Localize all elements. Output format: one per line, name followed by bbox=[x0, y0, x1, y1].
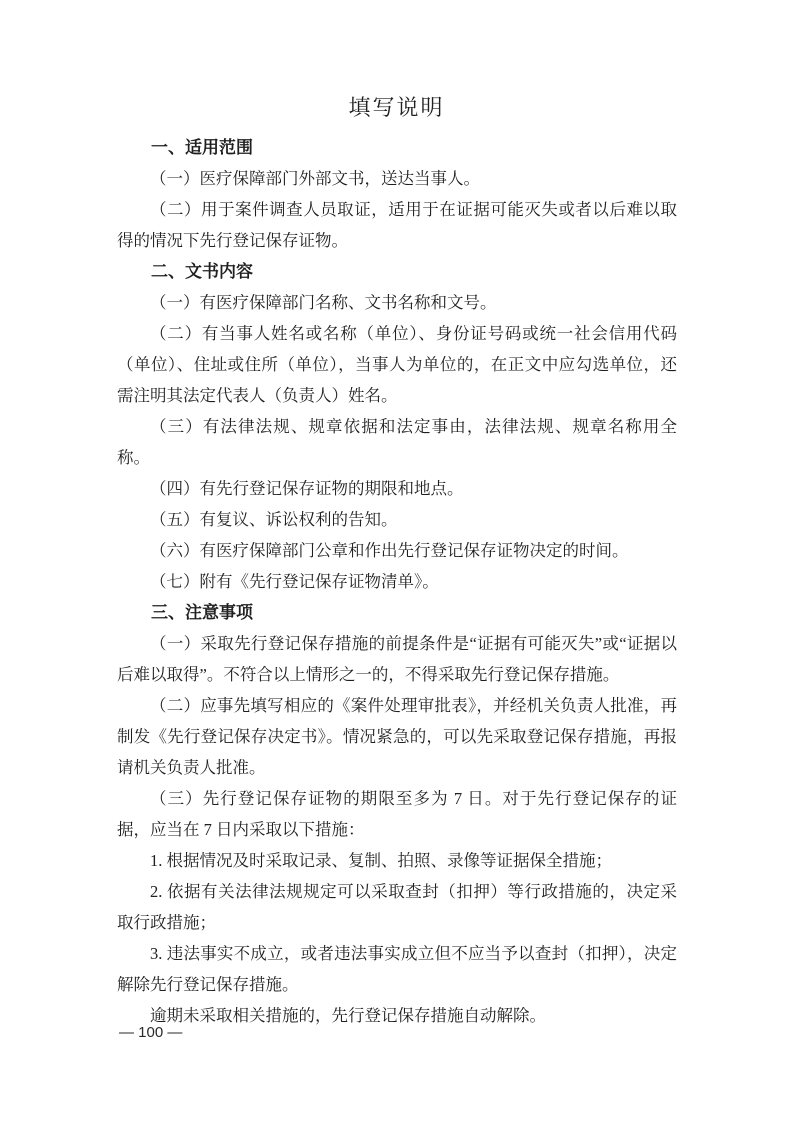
paragraph: （二）用于案件调查人员取证，适用于在证据可能灭失或者以后难以取得的情况下先行登记… bbox=[117, 194, 677, 256]
page-number: — 100 — bbox=[119, 1022, 182, 1044]
document-page: 填写说明 一、适用范围 （一）医疗保障部门外部文书，送达当事人。 （二）用于案件… bbox=[0, 0, 793, 1122]
list-item-2: 2. 依据有关法律法规规定可以采取查封（扣押）等行政措施的，决定采取行政措施； bbox=[117, 876, 677, 938]
paragraph: （一）有医疗保障部门名称、文书名称和文号。 bbox=[117, 287, 677, 318]
section-notes: 三、注意事项 （一）采取先行登记保存措施的前提条件是“证据有可能灭失”或“证据以… bbox=[117, 597, 677, 1031]
paragraph: （五）有复议、诉讼权利的告知。 bbox=[117, 504, 677, 535]
paragraph: （三）先行登记保存证物的期限至多为 7 日。对于先行登记保存的证据，应当在 7 … bbox=[117, 783, 677, 845]
section-heading-notes: 三、注意事项 bbox=[117, 597, 677, 628]
paragraph: 逾期未采取相关措施的，先行登记保存措施自动解除。 bbox=[117, 1000, 677, 1031]
paragraph: （三）有法律法规、规章依据和法定事由，法律法规、规章名称用全称。 bbox=[117, 411, 677, 473]
document-body: 一、适用范围 （一）医疗保障部门外部文书，送达当事人。 （二）用于案件调查人员取… bbox=[117, 132, 677, 1031]
section-document-content: 二、文书内容 （一）有医疗保障部门名称、文书名称和文号。 （二）有当事人姓名或名… bbox=[117, 256, 677, 597]
paragraph: （四）有先行登记保存证物的期限和地点。 bbox=[117, 473, 677, 504]
paragraph: （二）应事先填写相应的《案件处理审批表》，并经机关负责人批准，再制发《先行登记保… bbox=[117, 690, 677, 783]
paragraph: （七）附有《先行登记保存证物清单》。 bbox=[117, 566, 677, 597]
paragraph: （二）有当事人姓名或名称（单位）、身份证号码或统一社会信用代码（单位）、住址或住… bbox=[117, 318, 677, 411]
list-item-1: 1. 根据情况及时采取记录、复制、拍照、录像等证据保全措施； bbox=[117, 845, 677, 876]
list-item-3: 3. 违法事实不成立，或者违法事实成立但不应当予以查封（扣押），决定解除先行登记… bbox=[117, 938, 677, 1000]
section-applicable-scope: 一、适用范围 （一）医疗保障部门外部文书，送达当事人。 （二）用于案件调查人员取… bbox=[117, 132, 677, 256]
paragraph: （六）有医疗保障部门公章和作出先行登记保存证物决定的时间。 bbox=[117, 535, 677, 566]
paragraph: （一）采取先行登记保存措施的前提条件是“证据有可能灭失”或“证据以后难以取得”。… bbox=[117, 628, 677, 690]
document-title: 填写说明 bbox=[0, 92, 793, 124]
section-heading-scope: 一、适用范围 bbox=[117, 132, 677, 163]
paragraph: （一）医疗保障部门外部文书，送达当事人。 bbox=[117, 163, 677, 194]
section-heading-content: 二、文书内容 bbox=[117, 256, 677, 287]
